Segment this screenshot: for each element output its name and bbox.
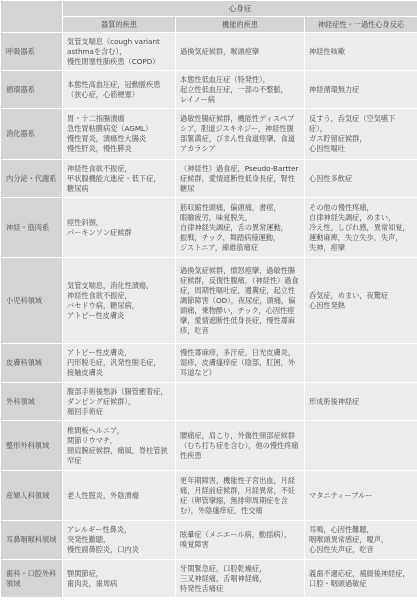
row-header: 歯科・口腔外科領域 [1,560,62,597]
cell-functional: 慢性蕁麻疹，多汗症，日光皮膚炎， 湿疹，皮膚瘙痒症（陰部，肛囲，外耳道など） [176,344,304,382]
cell-neurotic: 呑気症，めまい，夜驚症 心因性発熱 [305,258,417,343]
table-row-otolaryngology: 耳鼻咽喉科領域 アレルギー性鼻炎， 突発性難聴， 慢性副鼻腔炎，口内炎 眩暈症（… [1,521,417,559]
row-header: 循環器系 [1,71,62,108]
cell-functional [176,383,304,420]
cell-functional: （神経性）過食症，Pseudo-Bartter症候群，愛情遮断性低身長症，腎性糖… [176,160,304,197]
cell-functional: 筋収縮性頭痛，偏頭痛，書痙， 眼瞼疲労，味覚脱失， 自律神経失調症，舌の異常運動… [176,198,304,257]
cell-neurotic: 神経循環無力症 [305,71,417,108]
cell-neurotic [305,421,417,470]
table-row-respiratory: 呼吸器系 気管支喘息（cough variant asthmaを含む）， 慢性閉… [1,33,417,70]
cell-neurotic: 形成術後神経症 [305,383,417,420]
cell-neurotic: 心因性多飲症 [305,160,417,197]
column-header-organic: 器質的疾患 [63,17,175,32]
row-header: 産婦人科領域 [1,471,62,520]
table-row-digestive: 消化器系 胃・十二指腸潰瘍 急性胃粘膜病変（AGML） 慢性胃炎，潰瘍性大腸炎 … [1,109,417,159]
group-header-row: 心身症 [1,1,417,16]
table-row-orthopedics: 整形外科領域 椎間板ヘルニア， 関節リウマチ， 頸肩腕症候群，痛風，脊柱管狭窄症… [1,421,417,470]
table-row-dental-oral-surgery: 歯科・口腔外科領域 顎関節症， 歯肉炎，歯周病 牙関緊急症，口腔乾燥症， 三叉神… [1,560,417,597]
table-row-pediatrics: 小児科領域 気管支喘息，消化性潰瘍， 神経性食欲不振症， バセドウ病，糖尿病， … [1,258,417,343]
cell-organic: 顎関節症， 歯肉炎，歯周病 [63,560,175,597]
cell-functional: 牙関緊急症，口腔乾燥症， 三叉神経痛，舌咽神経痛， 特発性舌痛症 [176,560,304,597]
row-header: 外科領域 [1,383,62,420]
cell-functional: 過敏性腸症候群，機能性ディスペプシア，胆道ジスキネジー，神経性腹部緊満症，びまん… [176,109,304,159]
row-header: 耳鼻咽喉科領域 [1,521,62,559]
cell-organic: 本態性高血圧症，冠動脈疾患 （狭心症，心筋梗塞） [63,71,175,108]
cell-neurotic: 神経性咳嗽 [305,33,417,70]
column-header-functional: 機能的疾患 [176,17,304,32]
row-header: 神経・筋肉系 [1,198,62,257]
table-row-dermatology: 皮膚科領域 アトピー性皮膚炎， 円形脱毛症，汎発性脱毛症， 接触皮膚炎 慢性蕁麻… [1,344,417,382]
row-header: 皮膚科領域 [1,344,62,382]
row-header: 消化器系 [1,109,62,159]
cell-functional: 腰痛症，肩こり，外傷性頸部症候群（むち打ち症を含む），他の慢性疼痛性疾患 [176,421,304,470]
table-row-obstetrics-gynecology: 産婦人科領域 老人性腟炎，外陰潰瘍 更年期障害，機能性子宮出血，月経痛，月経前症… [1,471,417,520]
cell-organic: 気管支喘息，消化性潰瘍， 神経性食欲不振症， バセドウ病，糖尿病， アトピー性皮… [63,258,175,343]
cell-functional: 眩暈症（メニエール病，動揺病）， 嗅覚障害 [176,521,304,559]
table-row-neuromuscular: 神経・筋肉系 痙性斜頸， パーキンソン症候群 筋収縮性頭痛，偏頭痛，書痙， 眼瞼… [1,198,417,257]
cell-organic: アレルギー性鼻炎， 突発性難聴， 慢性副鼻腔炎，口内炎 [63,521,175,559]
row-header: 小児科領域 [1,258,62,343]
sub-header-row: 器質的疾患 機能的疾患 神経症性・一過性心身反応 [1,17,417,32]
row-header: 内分泌・代謝系 [1,160,62,197]
cell-organic: 老人性腟炎，外陰潰瘍 [63,471,175,520]
group-header-psychosomatic: 心身症 [63,1,417,16]
row-header: 呼吸器系 [1,33,62,70]
psychosomatic-disorders-table: 心身症 器質的疾患 機能的疾患 神経症性・一過性心身反応 呼吸器系 気管支喘息（… [0,0,417,598]
cell-neurotic: 義歯不適応症，補綴後神経症， 口腔・咽頭過敏症 [305,560,417,597]
table-row-surgery: 外科領域 腹部手術後愁訴（腸管癒着症， ダンピング症候群）， 頻回手術症 形成術… [1,383,417,420]
row-header: 整形外科領域 [1,421,62,470]
column-header-neurotic: 神経症性・一過性心身反応 [305,17,417,32]
cell-organic: アトピー性皮膚炎， 円形脱毛症，汎発性脱毛症， 接触皮膚炎 [63,344,175,382]
cell-functional: 更年期障害，機能性子宮出血，月経痛，月経前症候群，月経異常，不妊症（卵管攣縮，無… [176,471,304,520]
cell-neurotic: 耳鳴，心因性難聴， 咽喉頭異常感症，嗄声， 心因性失声症，吃音 [305,521,417,559]
cell-organic: 椎間板ヘルニア， 関節リウマチ， 頸肩腕症候群，痛風，脊柱管狭窄症 [63,421,175,470]
cell-functional: 過換気症候群，憤怒痙攣，過敏性腸症候群，反復性腹痛，（神経性）過食症，周期性嘔吐… [176,258,304,343]
cell-neurotic [305,344,417,382]
cell-functional: 本態性低血圧症（特発性）， 起立性低血圧症，一部の不整脈， レイノー病 [176,71,304,108]
cell-organic: 胃・十二指腸潰瘍 急性胃粘膜病変（AGML） 慢性胃炎，潰瘍性大腸炎 慢性肝炎，… [63,109,175,159]
table-row-circulatory: 循環器系 本態性高血圧症，冠動脈疾患 （狭心症，心筋梗塞） 本態性低血圧症（特発… [1,71,417,108]
cell-neurotic: 反すう，呑気症（空気嚥下症）， ガス貯留症候群， 心因性嘔吐 [305,109,417,159]
cell-organic: 神経性食欲不振症， 甲状腺機能亢進症・低下症， 糖尿病 [63,160,175,197]
cell-organic: 痙性斜頸， パーキンソン症候群 [63,198,175,257]
corner-cell [1,1,62,32]
cell-functional: 過換気症候群，喉頭痙攣 [176,33,304,70]
cell-neurotic: マタニティーブルー [305,471,417,520]
cell-neurotic: その他の慢性疼痛， 自律神経失調症，めまい， 冷え性，しびれ感，異常知覚， 運動… [305,198,417,257]
table-row-endocrine: 内分泌・代謝系 神経性食欲不振症， 甲状腺機能亢進症・低下症， 糖尿病 （神経性… [1,160,417,197]
cell-organic: 腹部手術後愁訴（腸管癒着症， ダンピング症候群）， 頻回手術症 [63,383,175,420]
cell-organic: 気管支喘息（cough variant asthmaを含む）， 慢性閉塞性肺疾患… [63,33,175,70]
